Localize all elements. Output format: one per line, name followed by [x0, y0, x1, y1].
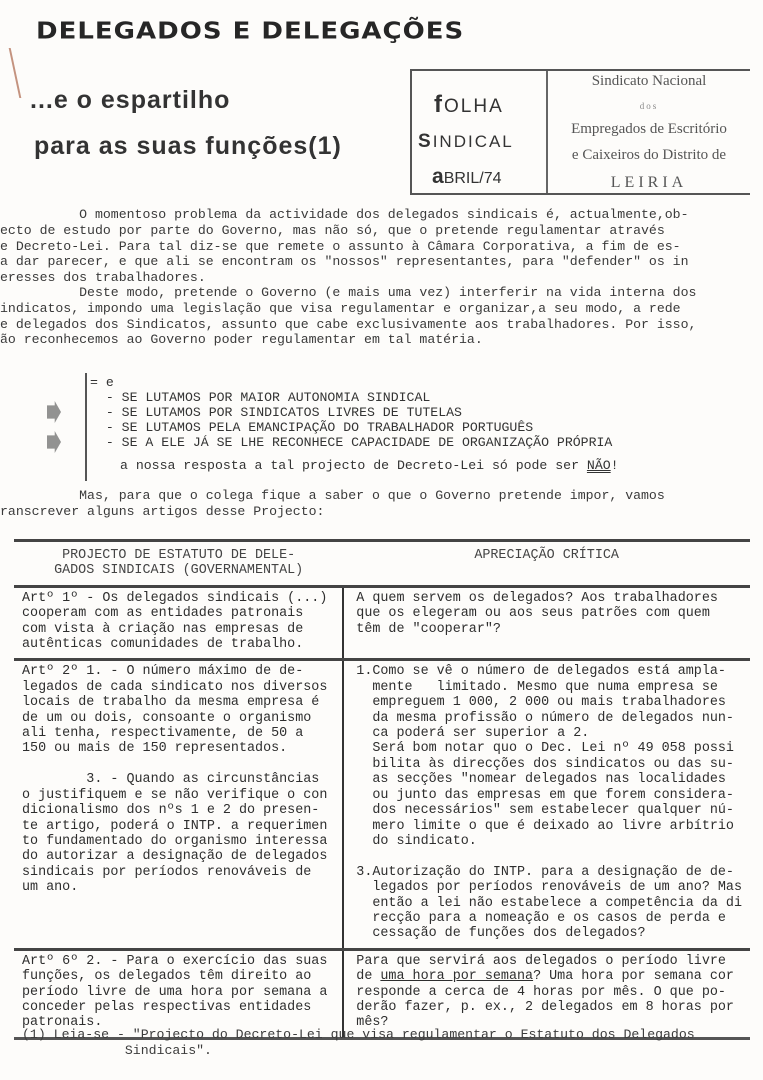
abril-rest: BRIL/74	[444, 170, 502, 187]
column-header-critique: APRECIAÇÃO CRÍTICA	[343, 541, 750, 587]
sindical-rest: INDICAL	[433, 132, 514, 151]
org-line-5: LEIRIA	[548, 174, 750, 192]
org-line-3: Empregados de Escritório	[548, 121, 750, 138]
publication-stamp: fOLHA SINDICAL aBRIL/74 Sindicato Nacion…	[410, 69, 750, 195]
arrow-right-icon	[47, 401, 61, 423]
answer-emphasis: NÃO	[587, 458, 611, 473]
article-text: Artº 6º 2. - Para o exercício das suas f…	[14, 949, 343, 1038]
conditions-list: = e - SE LUTAMOS POR MAIOR AUTONOMIA SIN…	[90, 375, 612, 450]
stamp-folha: fOLHA	[434, 91, 504, 119]
folha-rest: OLHA	[444, 96, 504, 117]
intro-paragraph-2: Deste modo, pretende o Governo (e mais u…	[0, 285, 755, 348]
abril-initial: a	[432, 165, 444, 188]
critique-text: A quem servem os delegados? Aos trabalha…	[343, 586, 750, 660]
conditions-answer: a nossa resposta a tal projecto de Decre…	[120, 458, 619, 473]
article-text: Artº 2º 1. - O número máximo de de- lega…	[14, 660, 343, 949]
condition-item: - SE LUTAMOS POR SINDICATOS LIVRES DE TU…	[90, 405, 612, 420]
intro-paragraph-1: O momentoso problema da actividade dos d…	[0, 207, 755, 286]
table-row: Artº 2º 1. - O número máximo de de- lega…	[14, 660, 750, 949]
arrow-right-icon	[47, 431, 61, 453]
page-title: DELEGADOS E DELEGAÇÕES	[36, 18, 464, 45]
org-line-1: Sindicato Nacional	[548, 73, 750, 90]
stamp-sindical: SINDICAL	[418, 131, 514, 153]
table-row: Artº 1º - Os delegados sindicais (...) c…	[14, 586, 750, 660]
critique-text: 1.Como se vê o número de delegados está …	[343, 660, 750, 949]
answer-text: a nossa resposta a tal projecto de Decre…	[120, 458, 587, 473]
folha-initial: f	[434, 91, 444, 118]
answer-suffix: !	[611, 458, 619, 473]
condition-item: - SE A ELE JÁ SE LHE RECONHECE CAPACIDAD…	[90, 435, 612, 450]
footnote: (1) Leia-se - "Projecto do Decreto-Lei q…	[22, 1027, 695, 1059]
transition-paragraph: Mas, para que o colega fique a saber o q…	[0, 488, 755, 520]
stamp-masthead: fOLHA SINDICAL aBRIL/74	[412, 71, 548, 193]
condition-item: - SE LUTAMOS POR MAIOR AUTONOMIA SINDICA…	[90, 390, 612, 405]
column-header-project: PROJECTO DE ESTATUTO DE DELE- GADOS SIND…	[14, 541, 343, 587]
critique-underlined: uma hora por semana	[380, 969, 533, 984]
condition-item: - SE LUTAMOS PELA EMANCIPAÇÃO DO TRABALH…	[90, 420, 612, 435]
org-line-4: e Caixeiros do Distrito de	[548, 147, 750, 164]
critique-text: Para que servirá aos delegados o período…	[343, 949, 750, 1038]
subtitle-line-1: ...e o espartilho	[30, 86, 230, 115]
articles-comparison-table: PROJECTO DE ESTATUTO DE DELE- GADOS SIND…	[14, 539, 750, 1040]
sindical-initial: S	[418, 131, 433, 152]
stamp-organization: Sindicato Nacional dos Empregados de Esc…	[548, 71, 750, 193]
subtitle-line-2: para as suas funções(1)	[34, 132, 342, 161]
table-row: Artº 6º 2. - Para o exercício das suas f…	[14, 949, 750, 1038]
org-line-2: dos	[548, 101, 750, 111]
table-header-row: PROJECTO DE ESTATUTO DE DELE- GADOS SIND…	[14, 541, 750, 587]
conditions-lead: = e	[90, 375, 612, 390]
conditions-bracket	[85, 373, 87, 481]
stamp-date: aBRIL/74	[432, 165, 502, 189]
article-text: Artº 1º - Os delegados sindicais (...) c…	[14, 586, 343, 660]
